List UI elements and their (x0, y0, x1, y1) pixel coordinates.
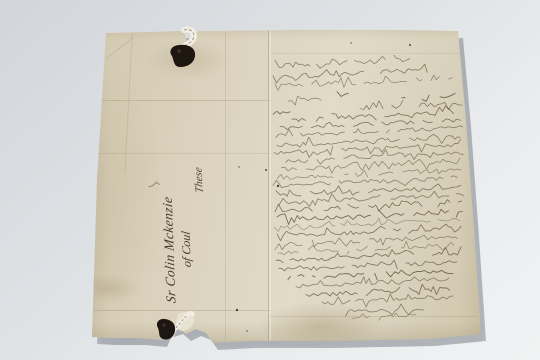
address-panel: Sr Colin Mckenzie of Coul These (134, 163, 218, 303)
fold-crease-horizontal-middle (96, 153, 270, 154)
fold-crease-vertical-left (225, 32, 226, 340)
photo-background: Sr Colin Mckenzie of Coul These (0, 0, 540, 360)
fold-crease-right-bottom (270, 316, 476, 317)
fold-crease-right-top (270, 53, 470, 54)
fold-crease-horizontal-lower (94, 310, 270, 311)
fold-crease-horizontal-upper (96, 100, 270, 101)
address-docket: These (192, 166, 206, 194)
handwritten-text-ink (0, 0, 540, 360)
letter-paper: Sr Colin Mckenzie of Coul These (88, 26, 488, 348)
fold-crease-vertical-corner (124, 34, 132, 174)
fold-crease-corner-diagonal (105, 38, 132, 60)
fold-crease-vertical-main (268, 31, 271, 341)
